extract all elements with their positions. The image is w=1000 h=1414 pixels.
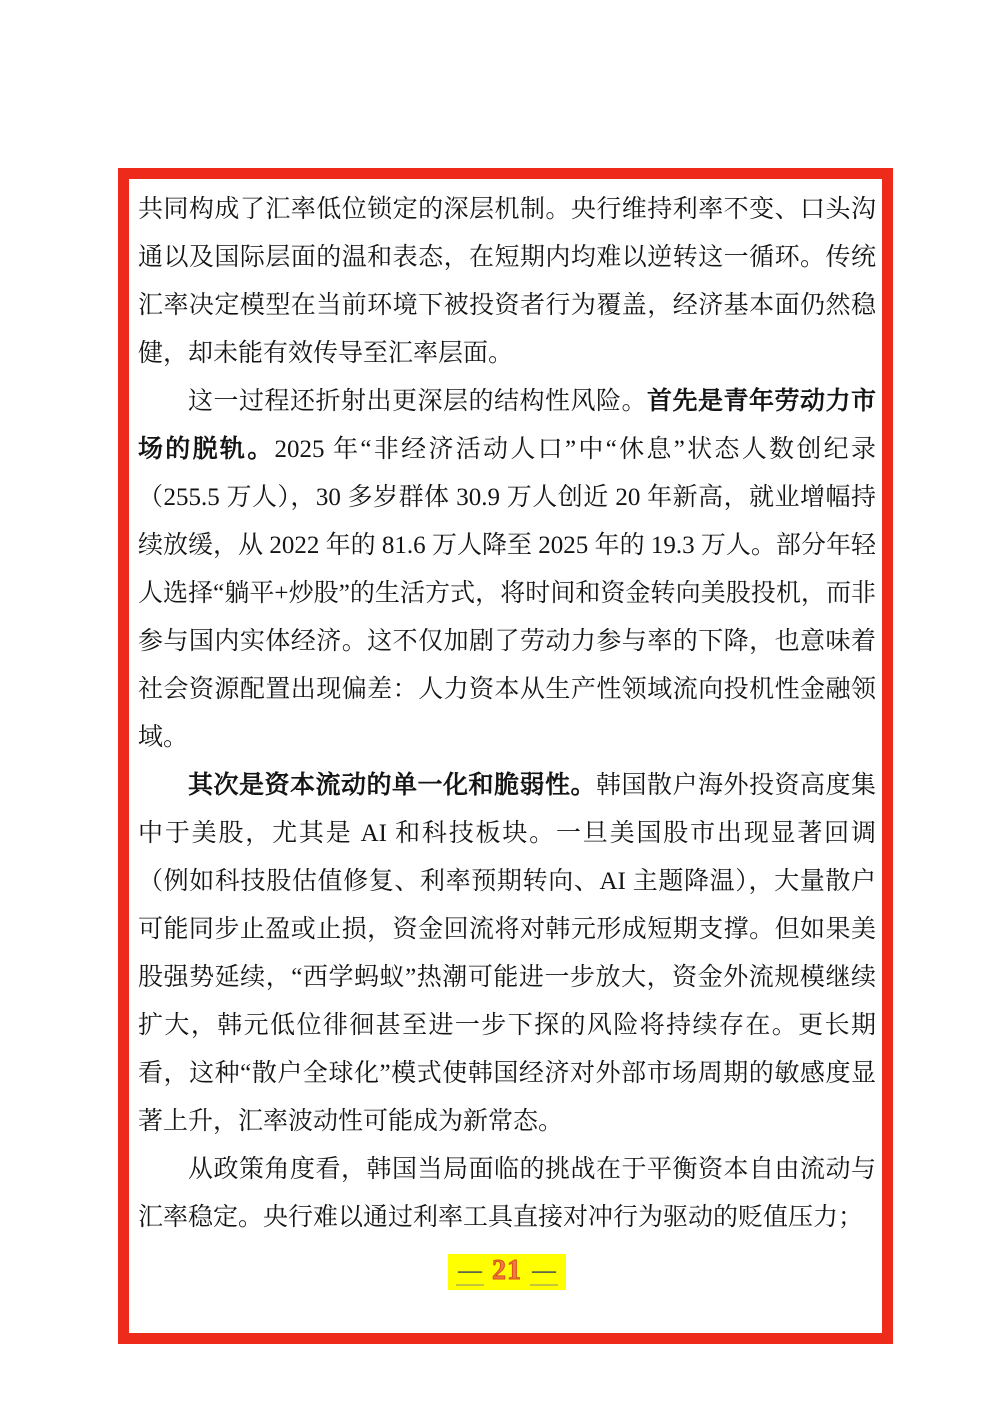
paragraph-text: 从政策角度看，韩国当局面临的挑战在于平衡资本自由流动与汇率稳定。央行难以通过利率…	[138, 1156, 876, 1231]
paragraph-youth-labor: 这一过程还折射出更深层的结构性风险。首先是青年劳动力市场的脱轨。2025 年“非…	[138, 378, 876, 762]
paragraph-text: 这一过程还折射出更深层的结构性风险。	[188, 388, 647, 415]
paragraph-text: 共同构成了汇率低位锁定的深层机制。央行维持利率不变、口头沟通以及国际层面的温和表…	[138, 196, 876, 367]
page-number-dash-right: —	[530, 1262, 558, 1286]
page-number-dash-left: —	[456, 1262, 484, 1286]
body-text-block: 共同构成了汇率低位锁定的深层机制。央行维持利率不变、口头沟通以及国际层面的温和表…	[138, 186, 876, 1242]
page-number-highlight: — 21 —	[448, 1254, 566, 1290]
red-page-frame: 共同构成了汇率低位锁定的深层机制。央行维持利率不变、口头沟通以及国际层面的温和表…	[118, 168, 893, 1344]
paragraph-bold-lead: 其次是资本流动的单一化和脆弱性。	[188, 772, 596, 799]
paragraph-capital-flow: 其次是资本流动的单一化和脆弱性。韩国散户海外投资高度集中于美股，尤其是 AI 和…	[138, 762, 876, 1146]
paragraph-policy: 从政策角度看，韩国当局面临的挑战在于平衡资本自由流动与汇率稳定。央行难以通过利率…	[138, 1146, 876, 1242]
paragraph-continuation: 共同构成了汇率低位锁定的深层机制。央行维持利率不变、口头沟通以及国际层面的温和表…	[138, 186, 876, 378]
document-page: 共同构成了汇率低位锁定的深层机制。央行维持利率不变、口头沟通以及国际层面的温和表…	[0, 0, 1000, 1414]
page-footer: — 21 —	[138, 1254, 876, 1290]
paragraph-text: 韩国散户海外投资高度集中于美股，尤其是 AI 和科技板块。一旦美国股市出现显著回…	[138, 772, 876, 1135]
paragraph-text: 2025 年“非经济活动人口”中“休息”状态人数创纪录（255.5 万人），30…	[138, 436, 876, 751]
page-number: 21	[484, 1256, 530, 1286]
